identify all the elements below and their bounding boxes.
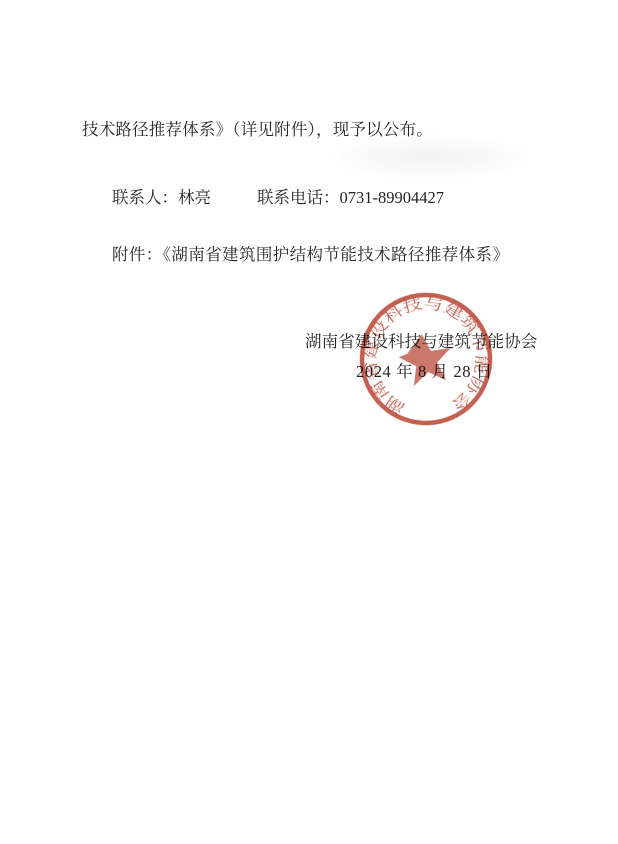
contact-phone-label: 联系电话： — [257, 188, 340, 207]
attachment-label: 附件： — [112, 245, 163, 264]
contact-person-label: 联系人： — [112, 188, 178, 207]
official-red-seal: 湖南省建设科技与建筑节能协会 — [354, 287, 499, 432]
scanned-document-page: 技术路径推荐体系》（详见附件），现予以公布。 联系人：林亮 联系电话：0731-… — [0, 0, 618, 844]
contact-person-line: 联系人：林亮 — [112, 184, 211, 208]
attachment-line: 附件：《湖南省建筑围护结构节能技术路径推荐体系》 — [112, 241, 509, 265]
body-paragraph-line: 技术路径推荐体系》（详见附件），现予以公布。 — [82, 116, 433, 140]
contact-phone-number: 0731-89904427 — [340, 188, 445, 207]
contact-phone-line: 联系电话：0731-89904427 — [257, 184, 444, 208]
scan-smudge-artifact — [335, 136, 525, 178]
contact-person-name: 林亮 — [178, 188, 211, 207]
attachment-title: 《湖南省建筑围护结构节能技术路径推荐体系》 — [163, 245, 510, 264]
seal-star-icon — [400, 334, 451, 384]
